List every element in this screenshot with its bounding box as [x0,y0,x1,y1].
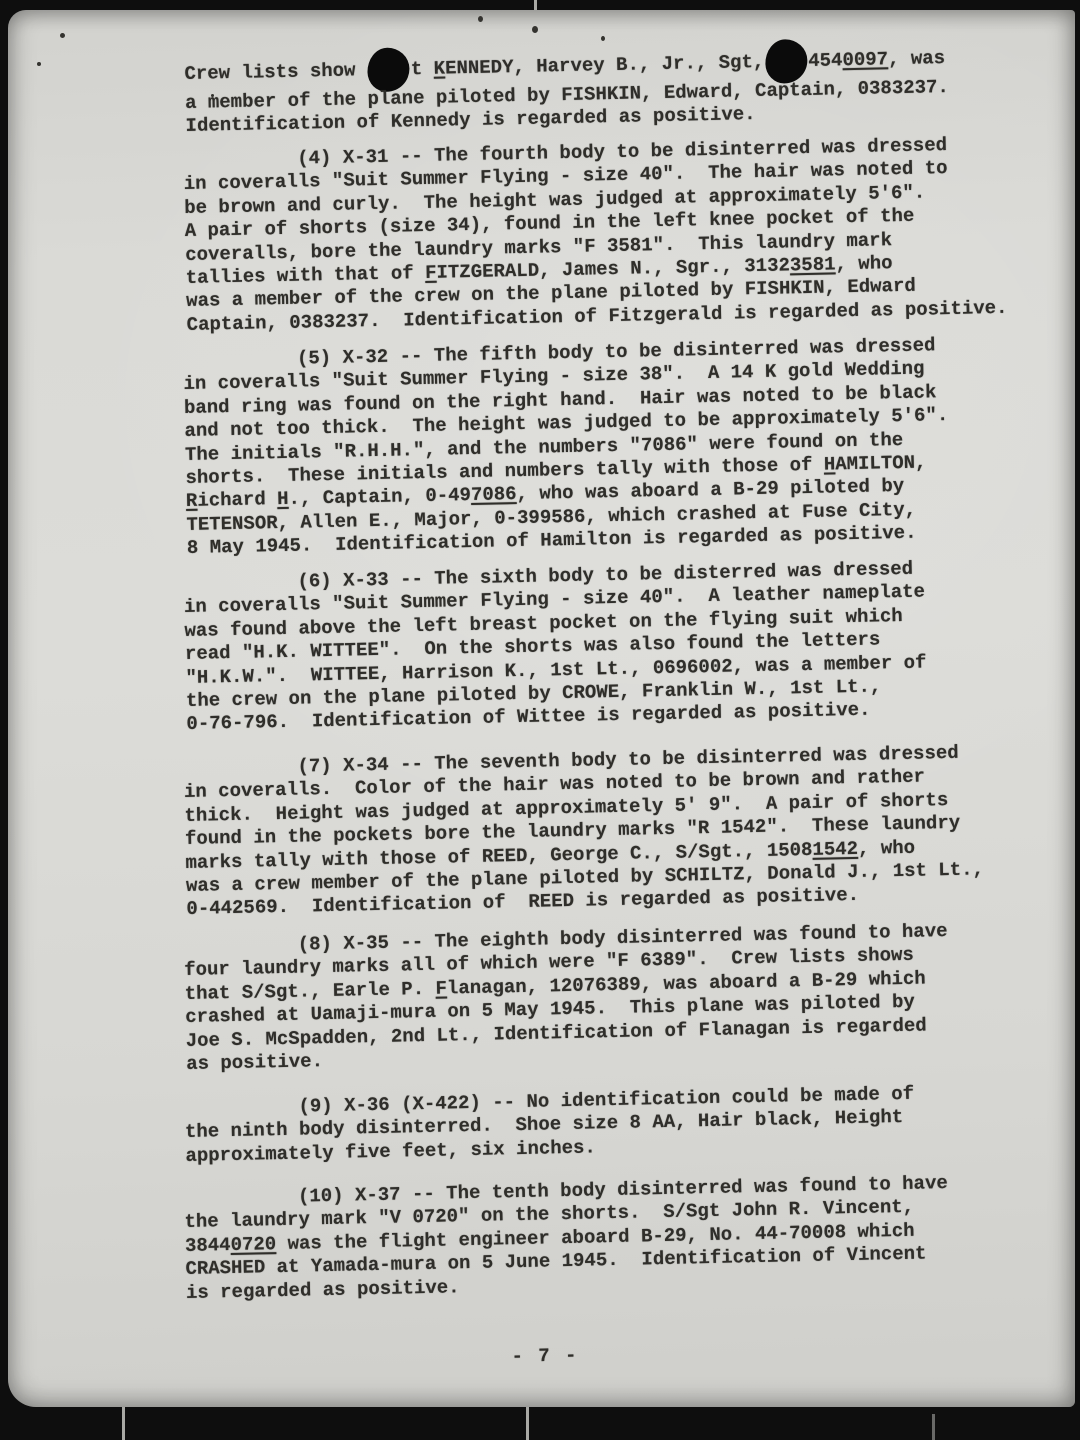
paragraph: (5) X-32 -- The fifth body to be disinte… [183,334,951,561]
paper-speckle [532,26,538,33]
scanned-photo-background: { "colors": { "background": "#0e0e0e", "… [0,0,1080,1440]
paragraph: (6) X-33 -- The sixth body to be disterr… [183,557,927,736]
paragraph: (4) X-31 -- The fourth body to be disint… [183,133,1008,337]
text-segment: was the flight engineer aboard B-29, No.… [185,1220,926,1304]
table-seam-line [932,1414,935,1440]
underlined-text: 7086 [471,484,517,507]
paragraph: (7) X-34 -- The seventh body to be disin… [183,741,984,922]
underlined-text: 3581 [790,253,836,276]
underlined-text: H [277,488,289,510]
paper-speckle [37,62,41,66]
underlined-text: F [425,262,437,284]
paper-speckle [60,33,65,38]
text-segment: 454 [808,49,843,72]
document-text: - 7 - Crew lists show t KENNEDY, Harvey … [150,40,1030,1380]
table-seam-line [122,1406,125,1440]
paragraph: Crew lists show t KENNEDY, Harvey B., Jr… [184,42,949,139]
text-segment: ichard [197,489,277,513]
underlined-text: H [824,453,836,475]
ink-blot [765,39,808,84]
underlined-text: F [435,977,447,999]
text-segment: (6) X-33 -- The sixth body to be disterr… [183,558,926,736]
text-segment: ., Captain, 0-49 [288,484,471,510]
underlined-text: 0720 [230,1233,276,1256]
page-number: - 7 - [465,1344,625,1369]
paper-speckle [478,16,483,22]
paragraph: (9) X-36 (X-422) -- No identification co… [184,1083,915,1168]
paragraph: (10) X-37 -- The tenth body disinterred … [184,1172,950,1305]
underlined-text: 0097 [842,48,888,71]
underlined-text: K [433,58,445,80]
text-segment: ENNEDY, Harvey B., Jr., Sgt, [445,51,765,80]
underlined-text: 1542 [812,838,858,861]
table-seam-line [526,1406,529,1440]
text-segment: Crew lists show [184,59,367,85]
ink-blot [367,47,410,92]
text-segment: AMILTON, [835,452,927,476]
paragraph: (8) X-35 -- The eighth body disinterred … [184,920,951,1076]
text-segment: (9) X-36 (X-422) -- No identification co… [184,1083,914,1167]
text-segment: t [411,58,434,80]
